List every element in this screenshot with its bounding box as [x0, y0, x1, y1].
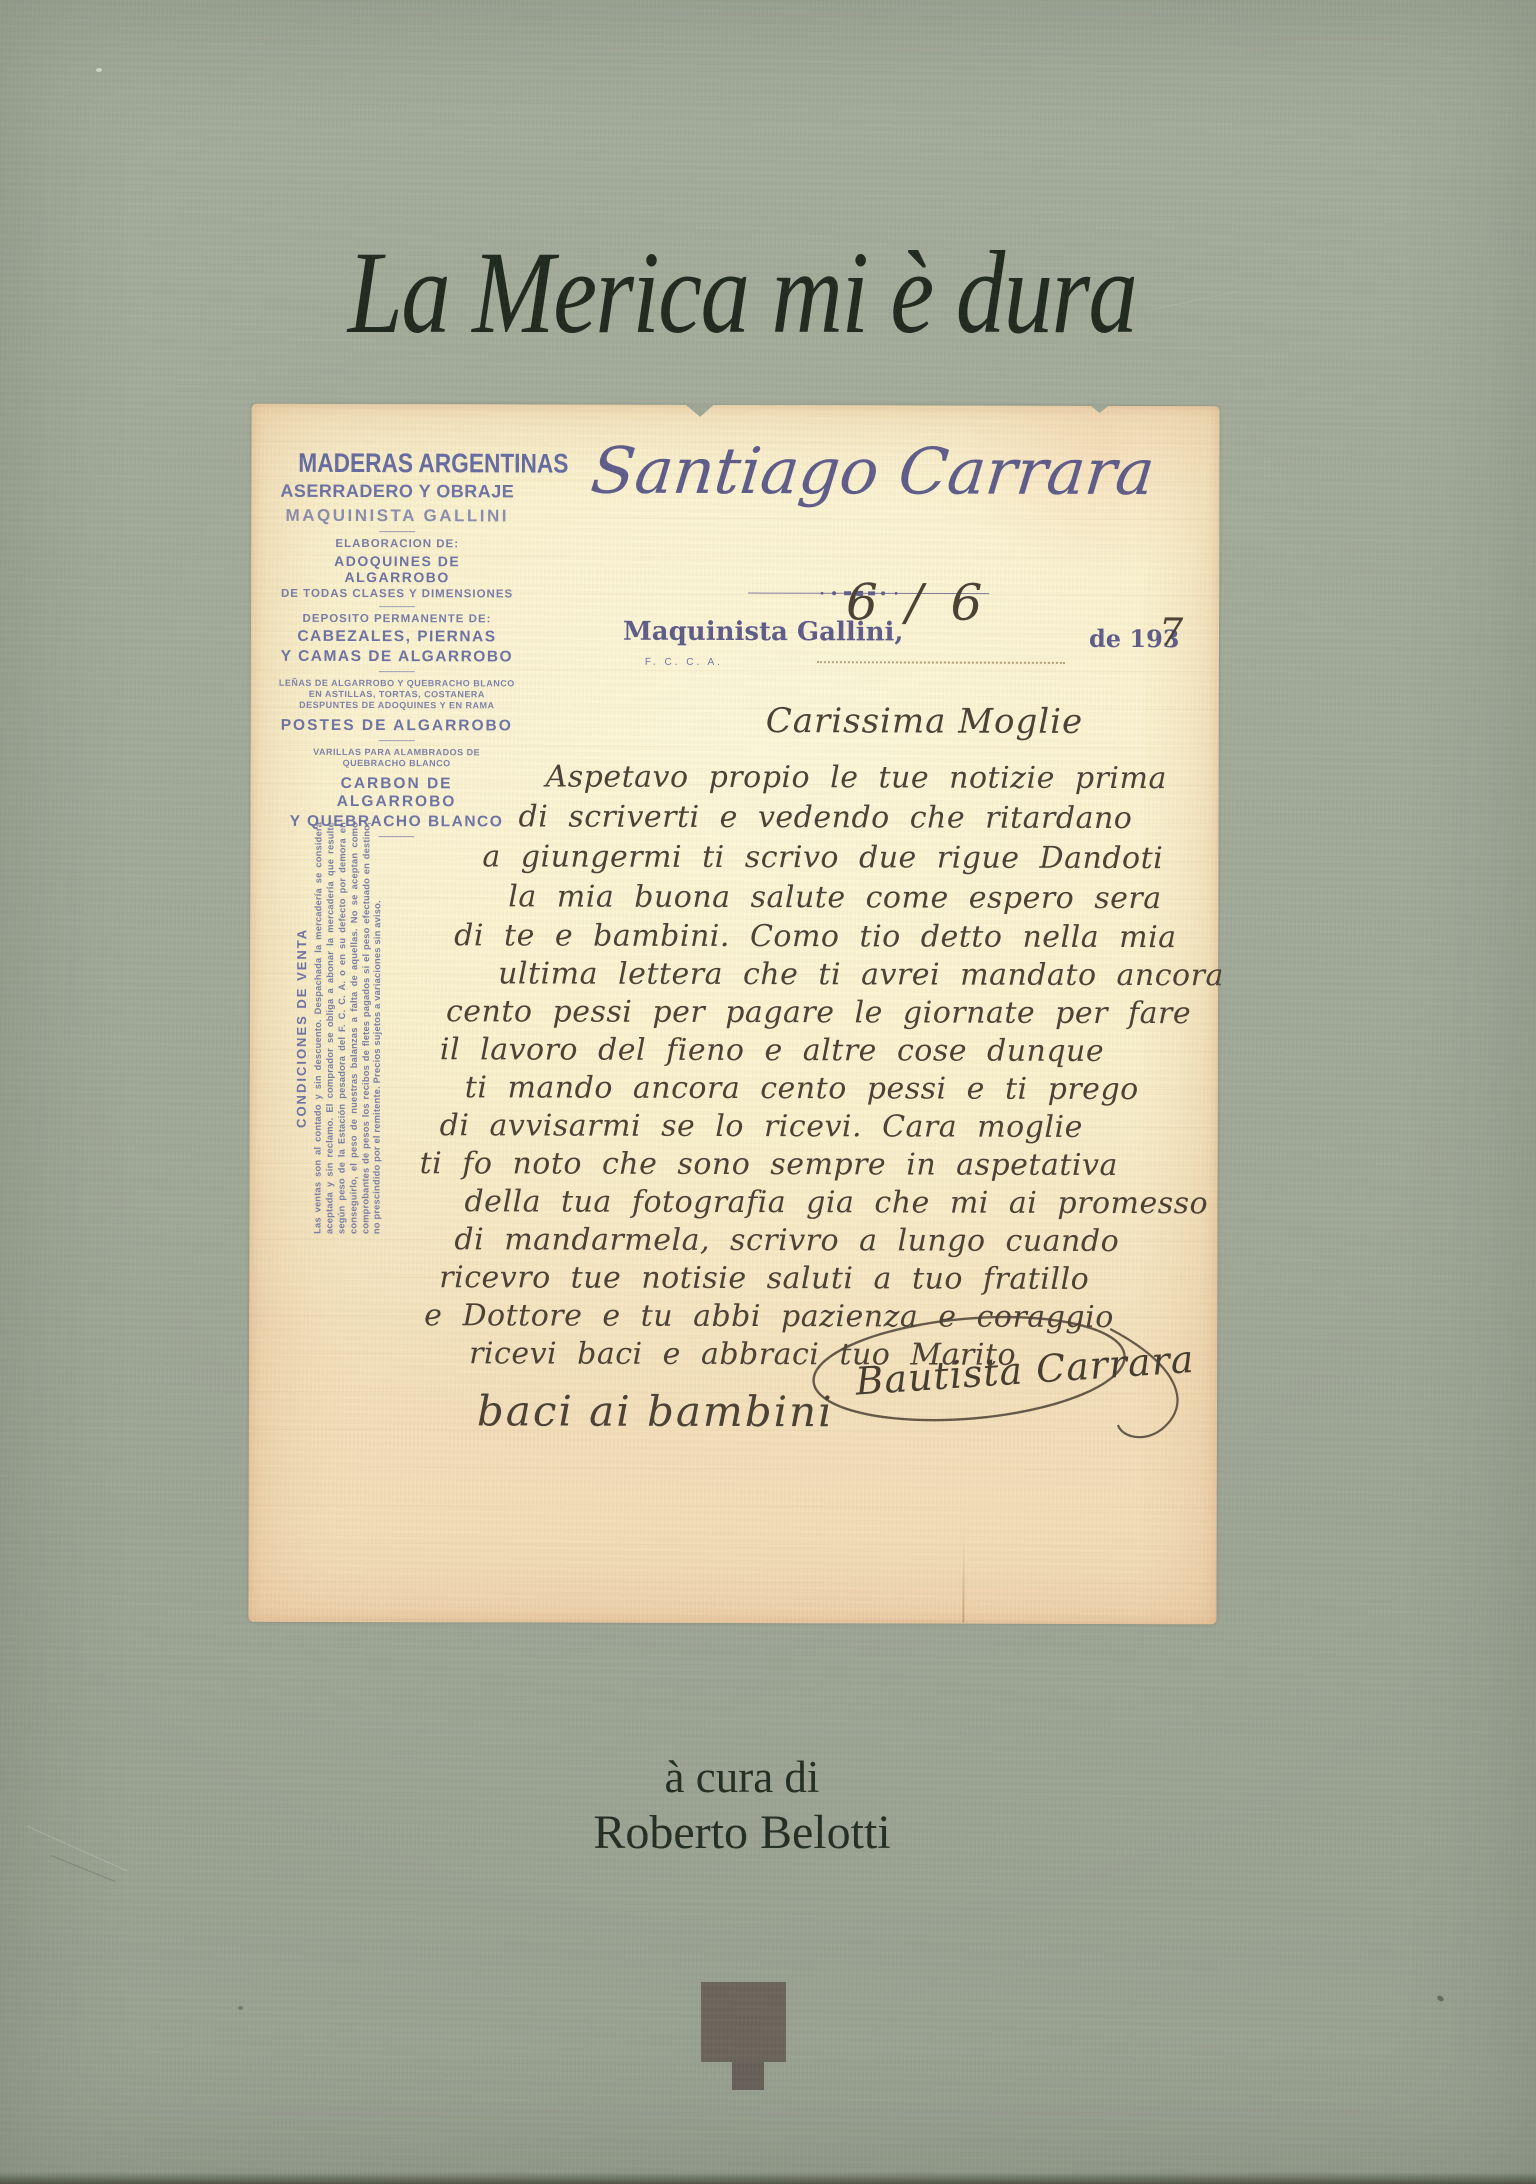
letter-line: di mandarmela, scrivro a lungo cuando [454, 1222, 1119, 1259]
masthead-script-name: Santiago Carrara [587, 435, 1155, 510]
letterhead-line: CABEZALES, PIERNAS [279, 628, 515, 647]
conditions-body: Las ventas son al contado y sin descuent… [312, 822, 384, 1234]
letterhead-line: CARBON DE ALGARROBO [279, 775, 515, 812]
letter-salutation: Carissima Moglie [766, 701, 1084, 742]
letter-line: di scriverti e vedendo che ritardano [518, 799, 1132, 836]
curator-name: Roberto Belotti [242, 1806, 1242, 1860]
paper-crease [962, 1539, 964, 1623]
cover-scratch [50, 1855, 115, 1882]
letterhead-line: MAQUINISTA GALLINI [279, 505, 515, 527]
letter-postscript: baci ai bambini [477, 1386, 834, 1436]
conditions-heading: CONDICIONES DE VENTA [293, 822, 309, 1234]
letterhead-line: DESPUNTES DE ADOQUINES Y EN RAMA [279, 700, 515, 712]
letterhead-line: Y CAMAS DE ALGARROBO [279, 648, 515, 667]
letterhead-divider [379, 531, 415, 534]
dateline-rule [817, 661, 1065, 664]
dateline-railway: F. C. C. A. [645, 657, 723, 668]
letter-line: di te e bambini. Como tio detto nella mi… [454, 918, 1176, 955]
letterhead-line: VARILLAS PARA ALAMBRADOS DE [279, 747, 515, 759]
conditions-rotated-text: CONDICIONES DE VENTA Las ventas son al c… [293, 822, 390, 1234]
letter-line: di avvisarmi se lo ricevi. Cara moglie [440, 1108, 1083, 1145]
paper-tear-notch [685, 404, 715, 417]
publisher-logo-square [701, 1982, 786, 2062]
letterhead-line: ELABORACION DE: [279, 538, 515, 552]
letterhead-company: MADERAS ARGENTINAS [298, 448, 496, 479]
book-title: La Merica mi è dura [119, 225, 1366, 361]
letterhead-line: ASERRADERO Y OBRAJE [279, 480, 515, 503]
letterhead-line: DE TODAS CLASES Y DIMENSIONES [279, 588, 515, 602]
letter-line: ricevro tue notisie saluti a tuo fratill… [439, 1260, 1089, 1297]
letter-line: a giungermi ti scrivo due rigue Dandoti [482, 839, 1163, 876]
cover-scratch [27, 1826, 128, 1872]
letter-photo: MADERAS ARGENTINAS ASERRADERO Y OBRAJE M… [248, 404, 1219, 1625]
letterhead-divider [379, 740, 415, 743]
letter-line: cento pessi per pagare le giornate per f… [446, 994, 1191, 1031]
publisher-logo [701, 1982, 787, 2090]
cover-speck [238, 2006, 243, 2010]
letter-line: ti mando ancora cento pessi e ti prego [465, 1070, 1139, 1107]
letter-line: ultima lettera che ti avrei mandato anco… [498, 956, 1224, 993]
letter-line: la mia buona salute come espero sera [508, 879, 1161, 916]
conditions-sidebar: CONDICIONES DE VENTA Las ventas son al c… [293, 822, 390, 1234]
letterhead-divider [379, 671, 415, 674]
dateline-year-handwritten: 7 [1159, 610, 1183, 654]
book-cover: La Merica mi è dura MADERAS ARGENTINAS A… [0, 0, 1536, 2184]
publisher-logo-stem [732, 2062, 764, 2090]
letterhead-divider [379, 606, 415, 609]
cover-speck [1436, 1994, 1445, 2002]
signature-flourish: Bautista Carrara [804, 1298, 1204, 1454]
letter-line: Aspetavo propio le tue notizie prima [546, 760, 1167, 797]
cover-speck [96, 68, 102, 72]
letter-line: il lavoro del fieno e altre cose dunque [440, 1032, 1104, 1069]
letterhead-line: QUEBRACHO BLANCO [279, 758, 515, 770]
letter-line: ti fo noto che sono sempre in aspetativa [420, 1146, 1118, 1183]
editor-credit: à cura di Roberto Belotti [242, 1752, 1242, 1860]
letterhead-line: EN ASTILLAS, TORTAS, COSTANERA [279, 689, 515, 701]
signature-block: Bautista Carrara [804, 1298, 1204, 1454]
paper-tear-notch [1090, 405, 1110, 413]
curator-prefix: à cura di [242, 1752, 1242, 1802]
signature-name: Bautista Carrara [853, 1337, 1196, 1404]
letterhead-line: POSTES DE ALGARROBO [279, 717, 515, 736]
letter-line: della tua fotografia gia che mi ai prome… [464, 1184, 1208, 1221]
dateline-day-month-handwritten: 6 / 6 [846, 573, 988, 631]
letterhead-line: ADOQUINES DE ALGARROBO [279, 553, 515, 586]
cover-bottom-edge-shadow [0, 2172, 1536, 2184]
letterhead-line: DEPOSITO PERMANENTE DE: [279, 613, 515, 627]
letterhead-line: LEÑAS DE ALGARROBO Y QUEBRACHO BLANCO [279, 678, 515, 690]
letterhead-block: MADERAS ARGENTINAS ASERRADERO Y OBRAJE M… [278, 448, 515, 844]
